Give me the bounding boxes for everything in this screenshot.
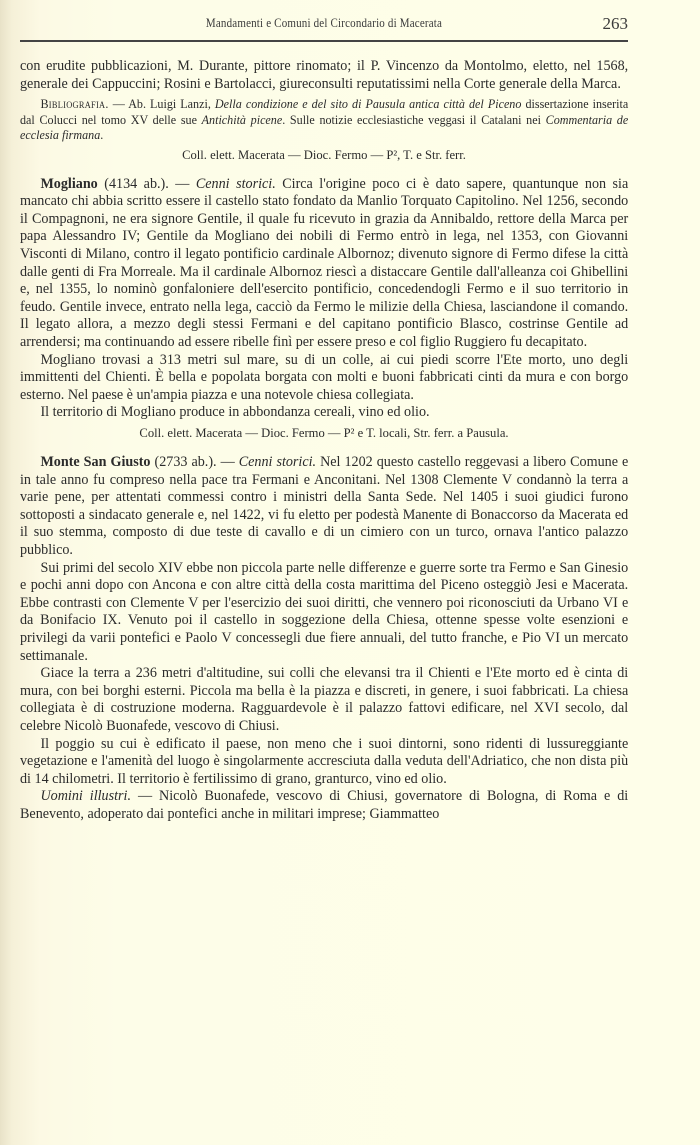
notable-people-label: Uomini illustri.	[40, 787, 131, 804]
mogliano-population: (4134 ab.). —	[98, 175, 196, 192]
intro-paragraph: con erudite pubblicazioni, M. Durante, p…	[20, 57, 628, 92]
monte-san-giusto-section-label: Cenni storici.	[239, 453, 316, 470]
book-page: Mandamenti e Comuni del Circondario di M…	[20, 0, 628, 822]
bibliography-author: — Ab. Luigi Lanzi,	[109, 96, 215, 111]
mogliano-electoral-info: Coll. elett. Macerata — Dioc. Fermo — P²…	[20, 425, 628, 441]
header-rule	[20, 40, 628, 42]
monte-san-giusto-history-paragraph: Monte San Giusto (2733 ab.). — Cenni sto…	[20, 453, 628, 559]
bibliography-text-2: . Sulle notizie ecclesiastiche veggasi i…	[282, 112, 545, 127]
monte-san-giusto-geography-paragraph: Giace la terra a 236 metri d'altitudine,…	[20, 664, 628, 734]
pausula-electoral-info: Coll. elett. Macerata — Dioc. Fermo — P²…	[20, 147, 628, 163]
bibliography-paragraph: Bibliografia. — Ab. Luigi Lanzi, Della c…	[20, 96, 628, 143]
monte-san-giusto-surroundings-paragraph: Il poggio su cui è edificato il paese, n…	[20, 735, 628, 788]
bibliography-work-2: Antichità picene	[202, 112, 283, 127]
bibliography-work-1: Della condizione e del sito di Pausula a…	[215, 96, 521, 111]
mogliano-geography-paragraph: Mogliano trovasi a 313 metri sul mare, s…	[20, 351, 628, 404]
running-header: Mandamenti e Comuni del Circondario di M…	[20, 0, 628, 46]
monte-san-giusto-notable-paragraph: Uomini illustri. — Nicolò Buonafede, ves…	[20, 787, 628, 822]
monte-san-giusto-population: (2733 ab.). —	[151, 453, 239, 470]
entry-title-mogliano: Mogliano	[40, 175, 97, 192]
bibliography-label: Bibliografia.	[40, 96, 108, 111]
bibliography-end: .	[100, 127, 103, 142]
mogliano-produce-paragraph: Il territorio di Mogliano produce in abb…	[20, 403, 628, 421]
entry-title-monte-san-giusto: Monte San Giusto	[40, 453, 150, 470]
mogliano-history-paragraph: Mogliano (4134 ab.). — Cenni storici. Ci…	[20, 175, 628, 351]
mogliano-history-text: Circa l'origine poco ci è dato sapere, q…	[20, 175, 628, 350]
monte-san-giusto-history-2-paragraph: Sui primi del secolo XIV ebbe non piccol…	[20, 559, 628, 665]
mogliano-section-label: Cenni storici.	[196, 175, 276, 192]
running-title: Mandamenti e Comuni del Circondario di M…	[56, 16, 591, 31]
page-number: 263	[603, 14, 629, 34]
